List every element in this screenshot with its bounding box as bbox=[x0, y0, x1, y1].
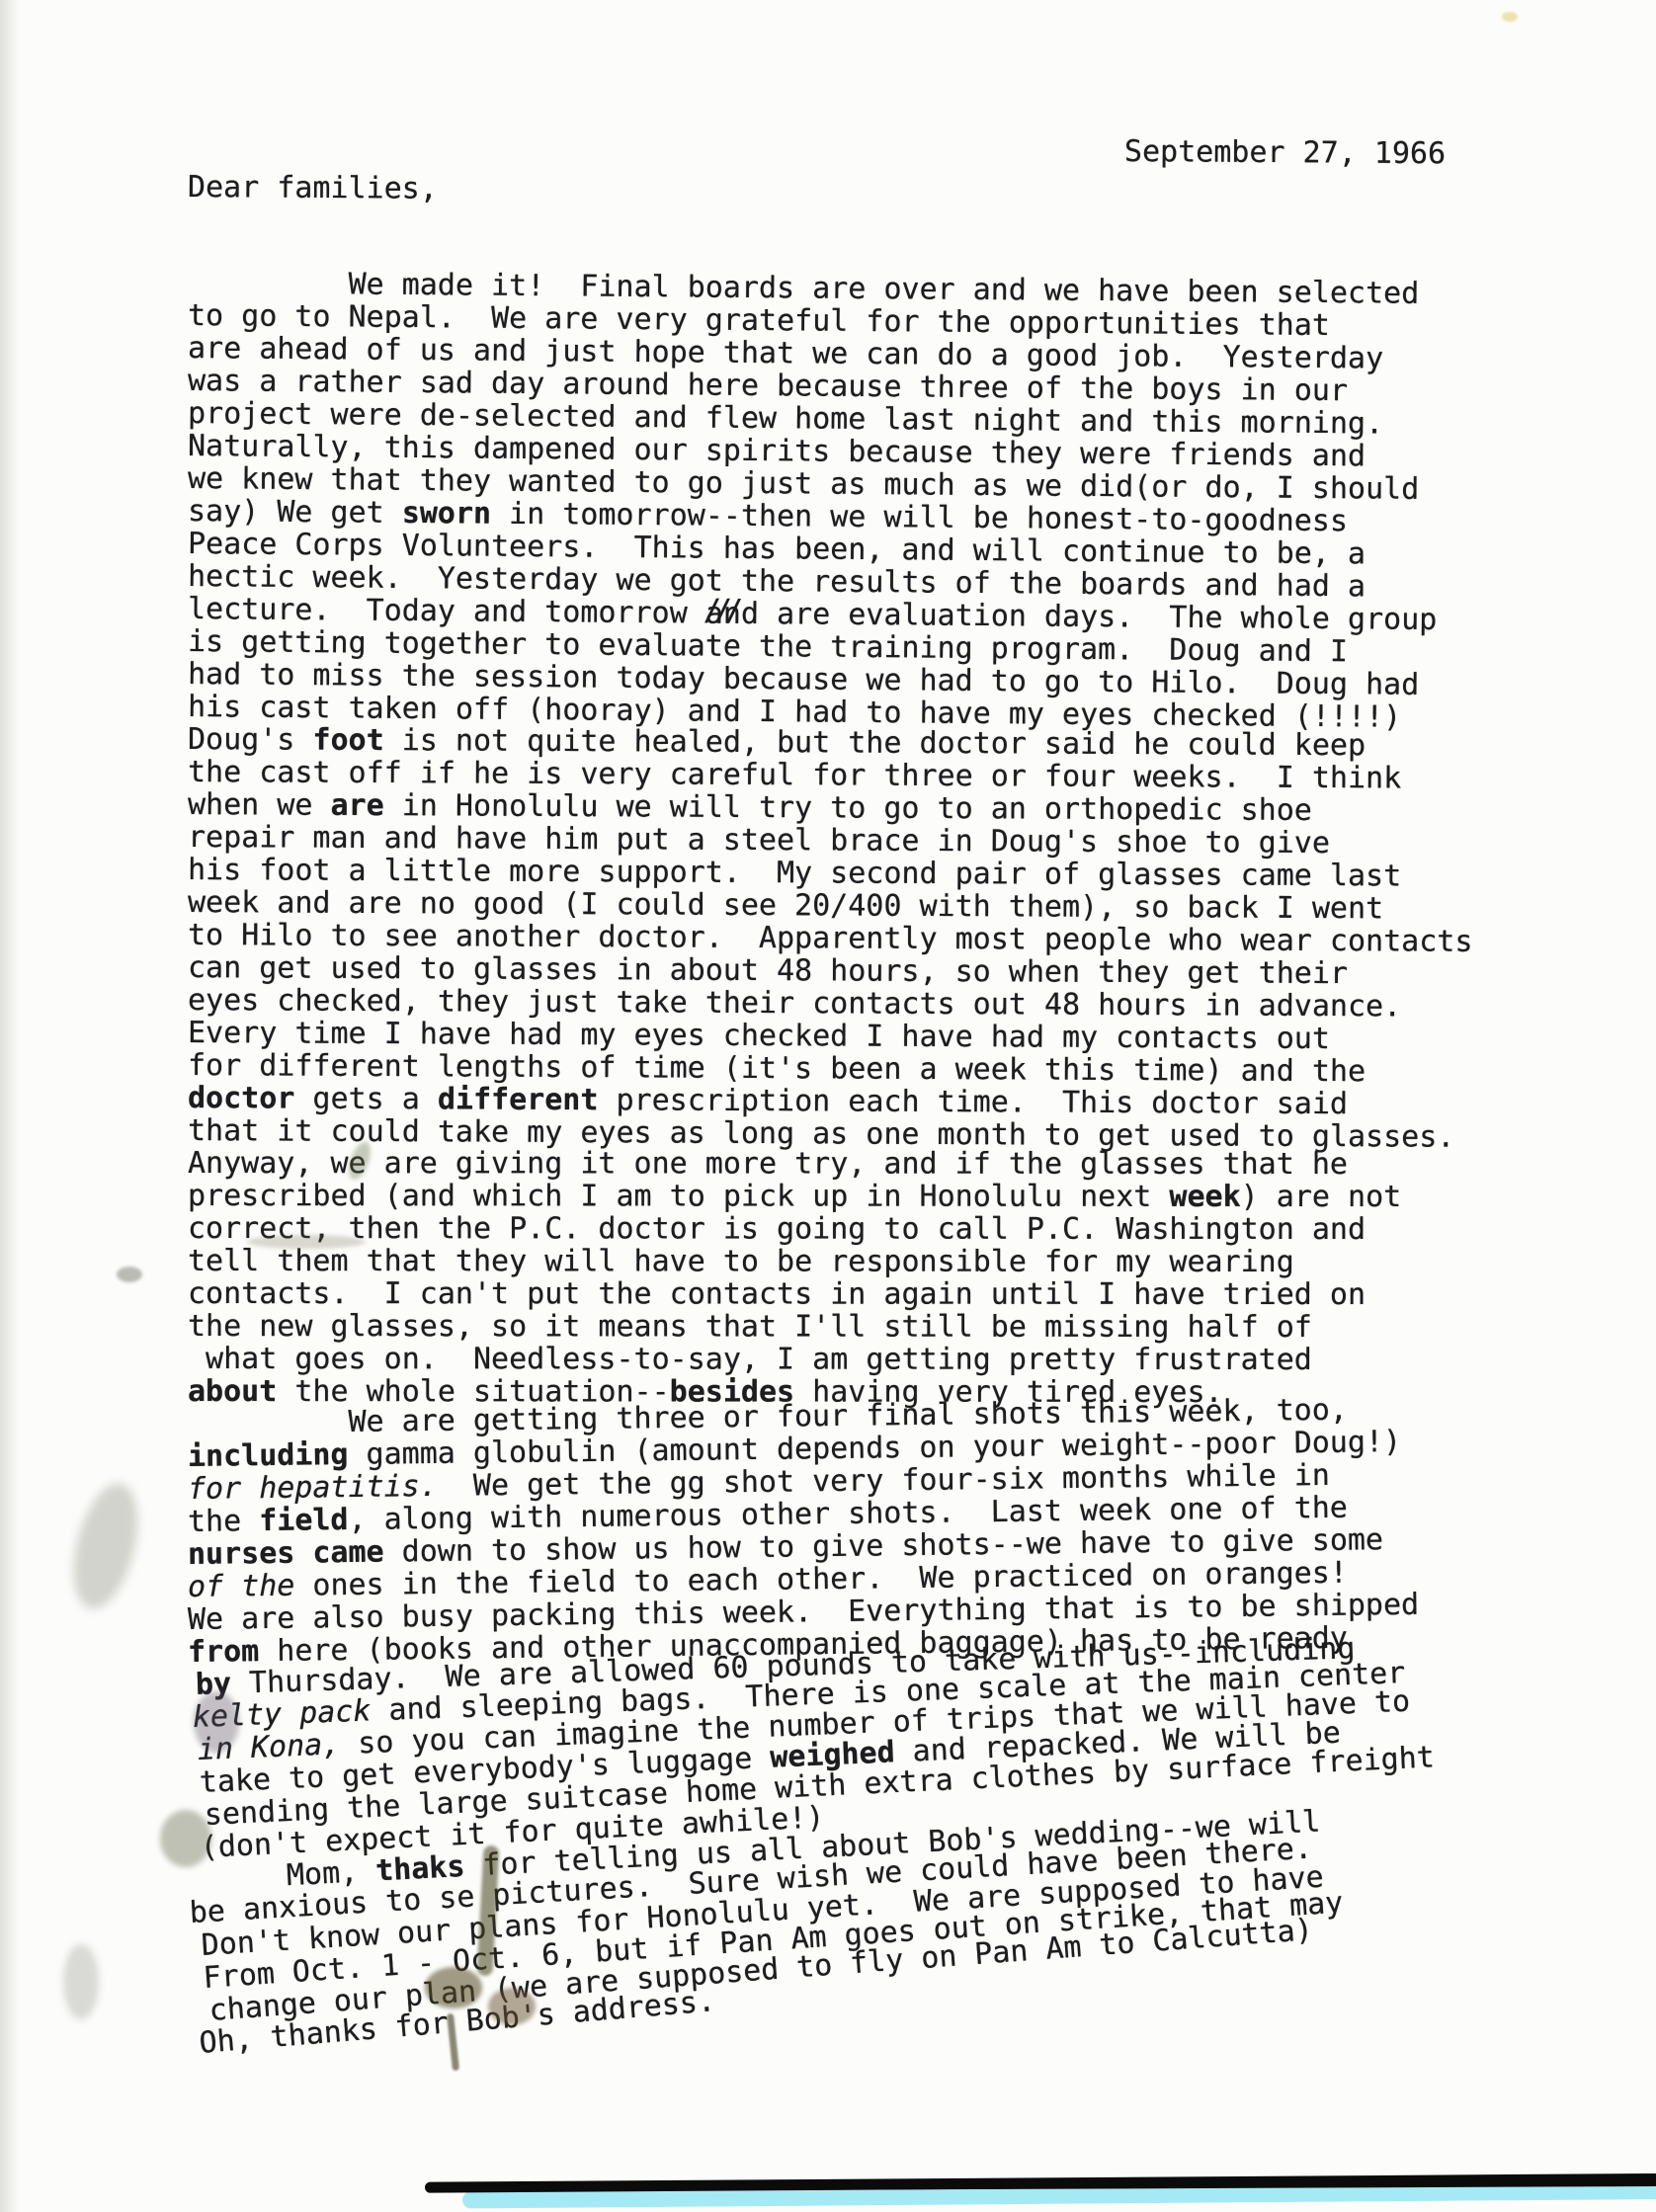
letter-line: prescribed (and which I am to pick up in… bbox=[188, 1180, 1656, 1213]
letter-body: We made it! Final boards are over and we… bbox=[188, 267, 1656, 2060]
ink-stain bbox=[117, 1267, 142, 1282]
letter-line: correct, then the P.C. doctor is going t… bbox=[188, 1212, 1656, 1246]
letter-line: contacts. I can't put the contacts in ag… bbox=[188, 1277, 1656, 1311]
paper-spot bbox=[1502, 12, 1518, 22]
letter-line: Anyway, we are giving it one more try, a… bbox=[188, 1147, 1656, 1181]
letter-line: the new glasses, so it means that I'll s… bbox=[188, 1310, 1656, 1344]
letter-line: what goes on. Needless-to-say, I am gett… bbox=[188, 1343, 1656, 1376]
ink-stain bbox=[62, 1477, 149, 1615]
letter-date: September 27, 1966 bbox=[1124, 135, 1656, 172]
letter-page: September 27, 1966 Dear families, We mad… bbox=[0, 0, 1656, 2212]
letter-line: tell them that they will have to be resp… bbox=[188, 1245, 1656, 1278]
ink-stain bbox=[63, 1944, 99, 2019]
salutation: Dear families, bbox=[188, 171, 1656, 213]
